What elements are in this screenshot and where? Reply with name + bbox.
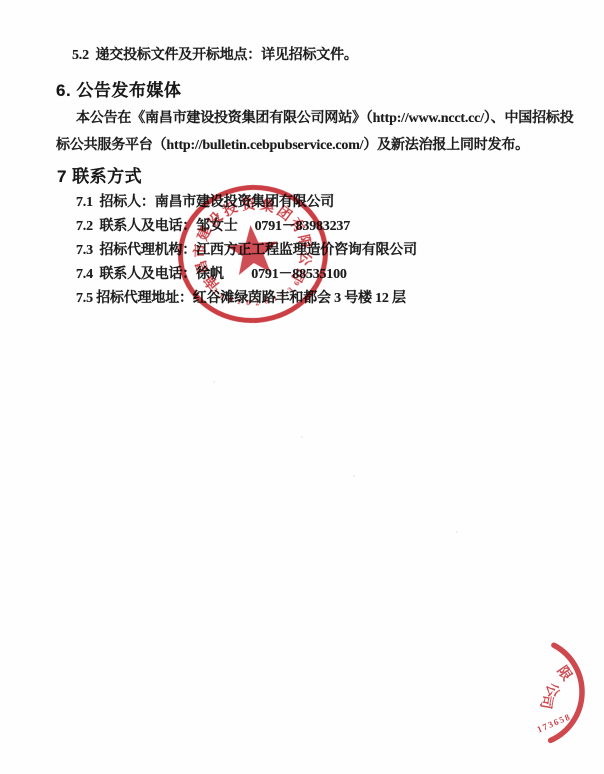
company-seal-stamp: 南昌市建设投资集团有限公司 36010201736 <box>172 179 333 330</box>
heading-announcement-media: 6. 公告发布媒体 <box>56 76 181 101</box>
scan-artifact <box>456 531 458 533</box>
scan-artifact <box>213 381 215 383</box>
partial-seal-arc <box>460 590 604 774</box>
announcement-paragraph-line-2: 标公共服务平台（http://bulletin.cebpubservice.co… <box>56 137 529 156</box>
scan-artifact <box>353 475 355 477</box>
clause-5-2: 5.2 递交投标文件及开标地点：详见招标文件。 <box>72 47 358 66</box>
announcement-paragraph-line-1: 本公告在《南昌市建设投资集团有限公司网站》（http://www.ncct.cc… <box>76 110 574 129</box>
heading-contact-info: 7 联系方式 <box>57 162 142 187</box>
partial-seal-stamp <box>460 590 604 774</box>
scan-artifact <box>301 436 303 438</box>
